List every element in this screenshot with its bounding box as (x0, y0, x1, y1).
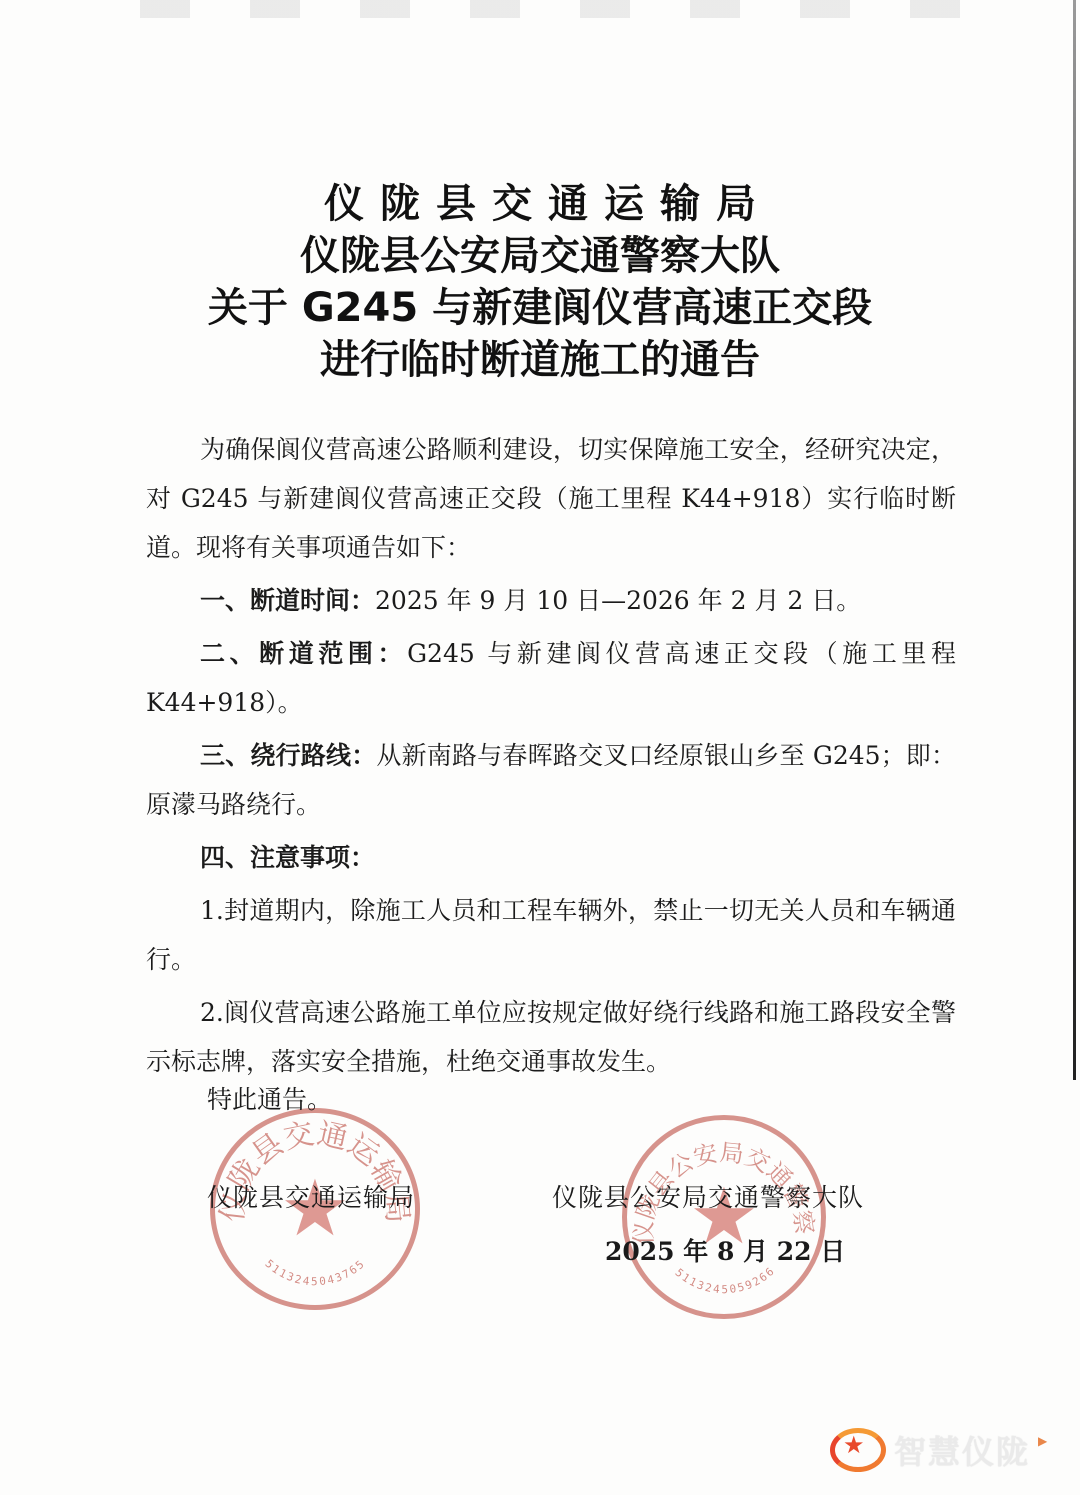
signature-date: 2025 年 8 月 22 日 (605, 1232, 845, 1268)
play-icon: ▶ (1038, 1434, 1047, 1448)
item-heading: 三、绕行路线： (200, 741, 376, 770)
intro-paragraph: 为确保阆仪营高速公路顺利建设，切实保障施工安全，经研究决定，对 G245 与新建… (146, 425, 956, 572)
watermark: ★ 智慧仪陇 ▶ (830, 1430, 1047, 1470)
stamp-traffic-police: 仪陇县公安局交通警察大队 5113245059266 ★ (622, 1115, 826, 1319)
title-line-1: 仪陇县交通运输局 (0, 178, 1080, 230)
signature-traffic-police: 仪陇县公安局交通警察大队 (552, 1178, 864, 1214)
scan-artifact-top (80, 0, 1000, 18)
item-precautions: 四、注意事项： (146, 833, 956, 882)
item-heading: 一、断道时间： (200, 586, 375, 615)
note-2: 2.阆仪营高速公路施工单位应按规定做好绕行线路和施工路段安全警示标志牌，落实安全… (146, 988, 956, 1086)
title-line-2: 仪陇县公安局交通警察大队 (0, 230, 1080, 282)
watermark-text: 智慧仪陇 (894, 1427, 1030, 1473)
item-heading: 二、断道范围： (200, 639, 407, 668)
closing-remark: 特此通告。 (207, 1080, 332, 1116)
signature-transport-bureau: 仪陇县交通运输局 (207, 1178, 415, 1214)
item-text: 2025 年 9 月 10 日—2026 年 2 月 2 日。 (375, 586, 861, 615)
title-line-3: 关于 G245 与新建阆仪营高速正交段 (0, 282, 1080, 334)
item-detour-route: 三、绕行路线：从新南路与春晖路交叉口经原银山乡至 G245；即：原濛马路绕行。 (146, 731, 956, 829)
item-closure-range: 二、断道范围：G245 与新建阆仪营高速正交段（施工里程 K44+918）。 (146, 629, 956, 727)
page-edge (1073, 0, 1076, 1080)
svg-text:5113245043765: 5113245043765 (262, 1257, 368, 1289)
note-1: 1.封道期内，除施工人员和工程车辆外，禁止一切无关人员和车辆通行。 (146, 886, 956, 984)
notice-body: 为确保阆仪营高速公路顺利建设，切实保障施工安全，经研究决定，对 G245 与新建… (146, 425, 956, 1090)
svg-text:5113245059266: 5113245059266 (673, 1264, 778, 1296)
item-closure-time: 一、断道时间：2025 年 9 月 10 日—2026 年 2 月 2 日。 (146, 576, 956, 625)
star-swoosh-logo-icon: ★ (830, 1428, 886, 1472)
notice-title: 仪陇县交通运输局 仪陇县公安局交通警察大队 关于 G245 与新建阆仪营高速正交… (0, 178, 1080, 386)
title-line-4: 进行临时断道施工的通告 (0, 334, 1080, 386)
item-heading: 四、注意事项： (200, 843, 375, 872)
